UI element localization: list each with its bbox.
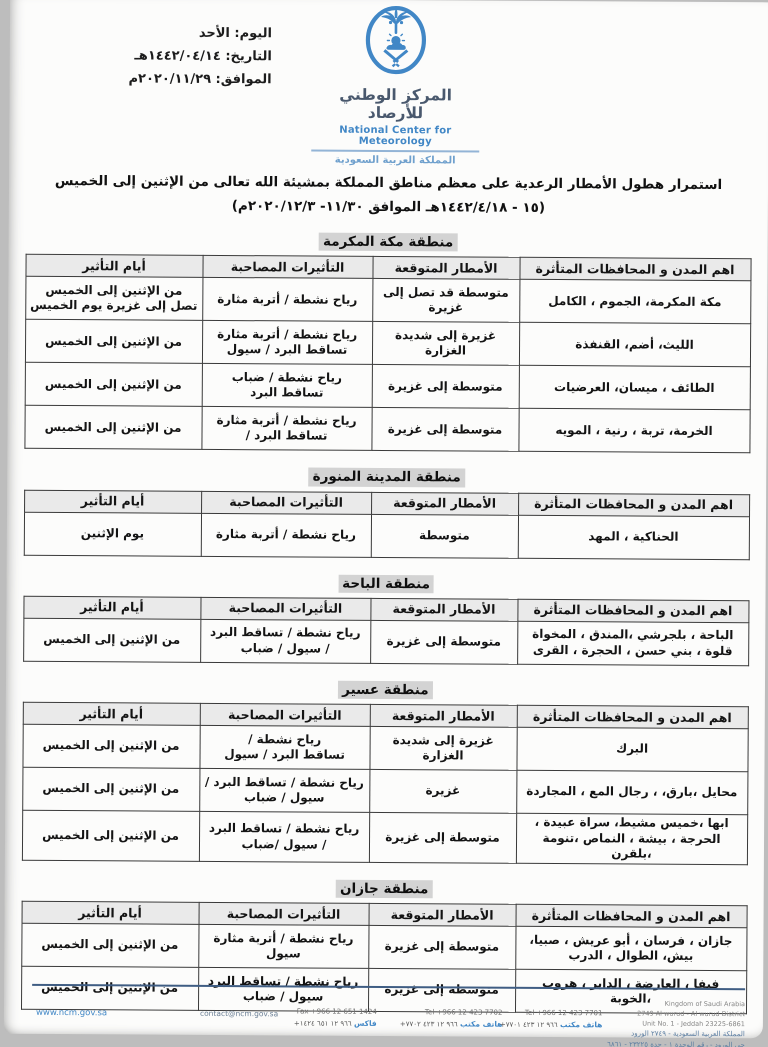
cell-cities: الحناكية ، المهد xyxy=(518,515,749,559)
column-header: أيام التأثير xyxy=(24,490,201,513)
cell-rain: غزيرة إلى شديدة الغزارة xyxy=(369,727,516,771)
column-header: أيام التأثير xyxy=(23,596,200,619)
column-header: التأثيرات المصاحبة xyxy=(199,902,369,925)
report-title-line2: (١٥ - ١٤٤٢/٤/١٨هـ الموافق ١١/٣٠- ٢٠٢٠/١٢… xyxy=(29,193,748,221)
column-header: اهم المدن و المحافظات المتأثرة xyxy=(518,493,749,516)
tel2-arabic: هاتف مكتب +٩٦٦ ١٢ ٤٢٣ ٧٧٠١ xyxy=(500,1018,603,1030)
region-section: منطقة الباحةاهم المدن و المحافظات المتأث… xyxy=(6,570,766,666)
region-title: منطقة جازان xyxy=(5,876,764,901)
table-row: البركغزيرة إلى شديدة الغزارةرياح نشطة / … xyxy=(22,724,747,771)
column-header: الأمطار المتوقعة xyxy=(369,904,516,927)
cell-days: من الإثنين إلى الخميس xyxy=(23,618,200,662)
cell-rain: متوسطة إلى غزيرة xyxy=(369,813,516,864)
region-title: منطقة الباحة xyxy=(7,570,766,595)
column-header: اهم المدن و المحافظات المتأثرة xyxy=(516,904,747,927)
org-country: المملكة العربية السعودية xyxy=(309,155,481,167)
cell-cities: ابها ،خميس مشيط، سراة عبيدة ، الحرجة ، ب… xyxy=(516,813,747,864)
cell-effects: رياح نشطة / أتربة مثارة تساقط البرد / سي… xyxy=(202,321,372,365)
cell-rain: متوسطة xyxy=(371,514,518,558)
logo-divider xyxy=(311,150,479,153)
cell-rain: غزيرة إلى شديدة الغزارة xyxy=(372,322,519,366)
footer: www.ncm.gov.sa contact@ncm.gov.sa Fax +9… xyxy=(32,994,751,1046)
tel2-arabic-label: هاتف مكتب xyxy=(560,1020,602,1029)
column-header: اهم المدن و المحافظات المتأثرة xyxy=(517,705,748,728)
forecast-table: اهم المدن و المحافظات المتأثرةالأمطار ال… xyxy=(24,254,751,453)
cell-rain: متوسطة إلى غزيرة xyxy=(368,926,515,970)
letterhead: اليوم: الأحد التاريخ: ١٤٤٢/٠٤/١٤هـ الموا… xyxy=(9,0,768,164)
cell-cities: مكة المكرمة، الجموم ، الكامل xyxy=(519,280,750,324)
cell-days: من الإثنين إلى الخميس xyxy=(22,767,199,811)
region-section: منطقة المدينة المنورةاهم المدن و المحافظ… xyxy=(7,464,767,560)
cell-days: يوم الإثنين xyxy=(24,512,201,556)
scanned-document-page: اليوم: الأحد التاريخ: ١٤٤٢/٠٤/١٤هـ الموا… xyxy=(4,0,768,1038)
fax-block: Fax +966 12 651 1424 فاكس +٩٦٦ ١٢ ٦٥١ ١٤… xyxy=(294,1006,377,1029)
column-header: الأمطار المتوقعة xyxy=(370,705,517,728)
date-block: اليوم: الأحد التاريخ: ١٤٤٢/٠٤/١٤هـ الموا… xyxy=(102,22,272,91)
fax-english: Fax +966 12 651 1424 xyxy=(294,1006,377,1017)
cell-days: من الإثنين إلى الخميس xyxy=(25,363,202,407)
tel1-english: Tel +966 12 423 7702 xyxy=(400,1007,503,1018)
hijri-date: التاريخ: ١٤٤٢/٠٤/١٤هـ xyxy=(102,45,272,69)
tel1-arabic: هاتف مكتب +٩٦٦ ١٢ ٤٢٣ ٧٧٠٢ xyxy=(400,1018,503,1030)
cell-days: من الإثنين إلى الخميس تصل إلى غزيرة يوم … xyxy=(25,277,202,321)
regions-container: منطقة مكة المكرمةاهم المدن و المحافظات ا… xyxy=(4,229,768,1014)
column-header: التأثيرات المصاحبة xyxy=(200,703,370,726)
tel2-arabic-number: +٩٦٦ ١٢ ٤٢٣ ٧٧٠١ xyxy=(500,1020,558,1028)
cell-rain: متوسطة إلى غزيرة xyxy=(371,408,518,452)
table-row: الحناكية ، المهدمتوسطةرياح نشطة / أتربة … xyxy=(24,512,749,559)
website-link[interactable]: www.ncm.gov.sa xyxy=(36,1008,107,1018)
region-section: منطقة عسيراهم المدن و المحافظات المتأثرة… xyxy=(5,677,765,866)
ncm-logo: المركز الوطني للأرصاد National Center fo… xyxy=(309,4,482,167)
address-block: Kingdom of Saudi Arabia 2749 Al wurud - … xyxy=(607,999,745,1047)
cell-cities: الخرمة، تربة ، رنية ، المويه xyxy=(518,409,749,453)
table-row: مكة المكرمة، الجموم ، الكاملمتوسطة قد تص… xyxy=(25,277,750,324)
tel1-arabic-number: +٩٦٦ ١٢ ٤٢٣ ٧٧٠٢ xyxy=(400,1020,458,1028)
cell-effects: رياح نشطة / تساقط البرد / سيول xyxy=(199,725,369,769)
fax-arabic: فاكس +٩٦٦ ١٢ ٦٥١ ١٤٢٤ xyxy=(294,1017,377,1029)
region-title: منطقة المدينة المنورة xyxy=(7,464,766,489)
cell-cities: جازان ، فرسان ، أبو عريش ، صبيا، بيش، ال… xyxy=(515,926,746,970)
cell-days: من الإثنين إلى الخميس xyxy=(24,406,201,450)
table-row: الطائف ، ميسان، العرضياتمتوسطة إلى غزيرة… xyxy=(25,363,750,410)
column-header: الأمطار المتوقعة xyxy=(370,598,517,621)
tel2-block: Tel +966 12 423 7701 هاتف مكتب +٩٦٦ ١٢ ٤… xyxy=(500,1008,603,1031)
fax-arabic-number: +٩٦٦ ١٢ ٦٥١ ١٤٢٤ xyxy=(294,1019,352,1027)
gregorian-date: الموافق: ٢٠٢٠/١١/٢٩م xyxy=(102,68,272,92)
column-header: الأمطار المتوقعة xyxy=(372,257,519,280)
tel2-english: Tel +966 12 423 7701 xyxy=(500,1008,603,1019)
cell-effects: رياح نشطة / تساقط البرد / سيول /ضباب xyxy=(199,811,369,862)
cell-effects: رياح نشطة / أتربة مثارة xyxy=(202,278,372,322)
address-ar-line2: حي الورود - رقم الوحدة ١ - جدة ٢٣٢٢٥ - ٦… xyxy=(607,1039,745,1047)
forecast-table: اهم المدن و المحافظات المتأثرةالأمطار ال… xyxy=(21,702,748,865)
cell-effects: رياح نشطة / تساقط البرد / سيول / ضباب xyxy=(200,619,370,663)
cell-rain: متوسطة إلى غزيرة xyxy=(370,620,517,664)
column-header: التأثيرات المصاحبة xyxy=(201,491,371,514)
email-link[interactable]: contact@ncm.gov.sa xyxy=(200,1009,278,1018)
day-label: اليوم: الأحد xyxy=(102,22,272,46)
column-header: التأثيرات المصاحبة xyxy=(200,597,370,620)
cell-cities: محايل ،بارق، ، رجال المع ، المجاردة xyxy=(516,770,747,814)
cell-cities: البرك xyxy=(516,727,747,771)
cell-days: من الإثنين إلى الخميس xyxy=(25,320,202,364)
cell-effects: رياح نشطة / أتربة مثارة سيول xyxy=(198,924,368,968)
column-header: اهم المدن و المحافظات المتأثرة xyxy=(517,599,748,622)
org-name-english: National Center for Meteorology xyxy=(309,125,481,148)
report-title-line1: استمرار هطول الأمطار الرعدية على معظم من… xyxy=(29,170,748,198)
cell-effects: رياح نشطة / تساقط البرد / سيول / ضباب xyxy=(199,768,369,812)
fax-arabic-label: فاكس xyxy=(354,1018,377,1027)
report-title: استمرار هطول الأمطار الرعدية على معظم من… xyxy=(29,170,748,222)
cell-days: من الإثنين إلى الخميس xyxy=(22,810,199,861)
column-header: أيام التأثير xyxy=(22,901,199,924)
tel1-arabic-label: هاتف مكتب xyxy=(460,1019,502,1028)
cell-cities: الباحة ، بلجرشي ،المندق ، المخواة قلوة ،… xyxy=(517,621,748,665)
cell-effects: رياح نشطة / أتربة مثارة xyxy=(201,513,371,557)
cell-effects: رياح نشطة / ضباب تساقط البرد xyxy=(202,364,372,408)
cell-days: من الإثنين إلى الخميس xyxy=(21,923,198,967)
table-row: جازان ، فرسان ، أبو عريش ، صبيا، بيش، ال… xyxy=(21,923,746,970)
column-header: أيام التأثير xyxy=(25,255,202,278)
table-row: الباحة ، بلجرشي ،المندق ، المخواة قلوة ،… xyxy=(23,618,748,665)
cell-effects: رياح نشطة / أتربة مثارة تساقط البرد / xyxy=(201,407,371,451)
tel1-block: Tel +966 12 423 7702 هاتف مكتب +٩٦٦ ١٢ ٤… xyxy=(400,1007,503,1030)
forecast-table: اهم المدن و المحافظات المتأثرةالأمطار ال… xyxy=(23,489,749,559)
region-title: منطقة مكة المكرمة xyxy=(9,229,768,254)
cell-days: من الإثنين إلى الخميس xyxy=(22,724,199,768)
column-header: اهم المدن و المحافظات المتأثرة xyxy=(519,258,750,281)
table-row: ابها ،خميس مشيط، سراة عبيدة ، الحرجة ، ب… xyxy=(22,810,747,864)
table-row: الليث، أضم، القنفذةغزيرة إلى شديدة الغزا… xyxy=(25,320,750,367)
table-row: الخرمة، تربة ، رنية ، المويهمتوسطة إلى غ… xyxy=(24,406,749,453)
cell-cities: الطائف ، ميسان، العرضيات xyxy=(519,366,750,410)
column-header: التأثيرات المصاحبة xyxy=(202,256,372,279)
table-row: محايل ،بارق، ، رجال المع ، المجاردةغزيرة… xyxy=(22,767,747,814)
cell-rain: متوسطة إلى غزيرة xyxy=(372,365,519,409)
column-header: الأمطار المتوقعة xyxy=(371,492,518,515)
ncm-emblem-icon xyxy=(364,4,428,80)
cell-rain: غزيرة xyxy=(369,770,516,814)
org-name-arabic: المركز الوطني للأرصاد xyxy=(309,86,481,123)
cell-rain: متوسطة قد تصل إلى غزيرة xyxy=(372,279,519,323)
column-header: أيام التأثير xyxy=(23,702,200,725)
cell-cities: الليث، أضم، القنفذة xyxy=(519,323,750,367)
region-section: منطقة مكة المكرمةاهم المدن و المحافظات ا… xyxy=(7,229,767,454)
forecast-table: اهم المدن و المحافظات المتأثرةالأمطار ال… xyxy=(23,596,749,666)
region-title: منطقة عسير xyxy=(6,677,765,702)
